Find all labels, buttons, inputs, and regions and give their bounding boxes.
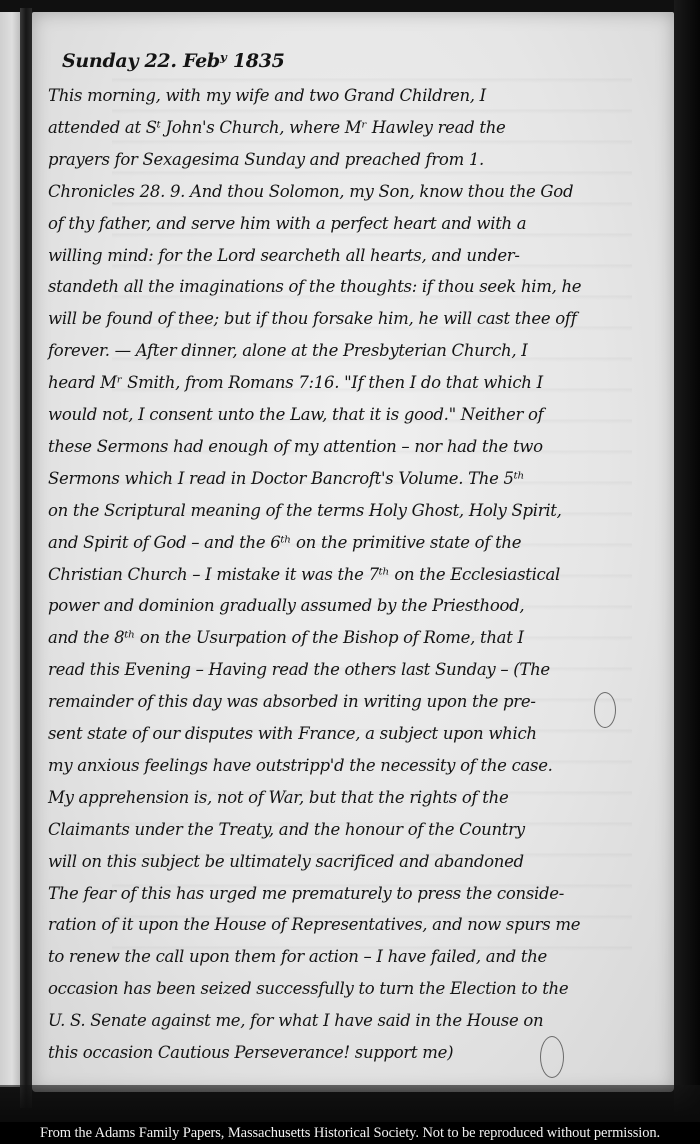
manuscript-line: this occasion Cautious Perseverance! sup… — [48, 1043, 453, 1062]
copyright-caption: From the Adams Family Papers, Massachuse… — [0, 1122, 700, 1144]
manuscript-line: sent state of our disputes with France, … — [48, 724, 537, 743]
manuscript-line: would not, I consent unto the Law, that … — [48, 405, 544, 424]
manuscript-line: Chronicles 28. 9. And thou Solomon, my S… — [48, 182, 573, 201]
manuscript-line: my anxious feelings have outstripp'd the… — [48, 756, 553, 775]
manuscript-line: will be found of thee; but if thou forsa… — [48, 309, 577, 328]
manuscript-line: these Sermons had enough of my attention… — [48, 437, 543, 456]
page-bottom-shadow — [0, 1085, 700, 1122]
manuscript-line: and the 8ᵗʰ on the Usurpation of the Bis… — [48, 628, 524, 647]
manuscript-line: My apprehension is, not of War, but that… — [48, 788, 508, 807]
page-right-edge-shadow — [674, 0, 700, 1122]
manuscript-line: on the Scriptural meaning of the terms H… — [48, 501, 562, 520]
manuscript-line: Claimants under the Treaty, and the hono… — [48, 820, 525, 839]
manuscript-line: of thy father, and serve him with a perf… — [48, 214, 526, 233]
manuscript-line: power and dominion gradually assumed by … — [48, 596, 524, 615]
manuscript-line: to renew the call upon them for action –… — [48, 947, 547, 966]
manuscript-line: Sermons which I read in Doctor Bancroft'… — [48, 469, 524, 488]
manuscript-line: Christian Church – I mistake it was the … — [48, 565, 560, 584]
manuscript-line: forever. — After dinner, alone at the Pr… — [48, 341, 527, 360]
entry-heading: Sunday 22. Febʸ 1835 — [62, 50, 285, 72]
adjacent-page-edge — [0, 12, 20, 1087]
manuscript-line: This morning, with my wife and two Grand… — [48, 86, 486, 105]
manuscript-scan: Sunday 22. Febʸ 1835 This morning, with … — [0, 0, 700, 1122]
manuscript-line: ration of it upon the House of Represent… — [48, 915, 580, 934]
manuscript-line: and Spirit of God – and the 6ᵗʰ on the p… — [48, 533, 521, 552]
manuscript-line: prayers for Sexagesima Sunday and preach… — [48, 150, 484, 169]
manuscript-line: U. S. Senate against me, for what I have… — [48, 1011, 543, 1030]
manuscript-line: standeth all the imaginations of the tho… — [48, 277, 581, 296]
manuscript-line: attended at Sᵗ John's Church, where Mʳ H… — [48, 118, 505, 137]
manuscript-line: heard Mʳ Smith, from Romans 7:16. "If th… — [48, 373, 543, 392]
manuscript-line: will on this subject be ultimately sacri… — [48, 852, 524, 871]
manuscript-line: remainder of this day was absorbed in wr… — [48, 692, 536, 711]
manuscript-line: willing mind: for the Lord searcheth all… — [48, 246, 520, 265]
book-gutter — [20, 8, 32, 1108]
manuscript-line: The fear of this has urged me prematurel… — [48, 884, 564, 903]
manuscript-line: occasion has been seized successfully to… — [48, 979, 568, 998]
manuscript-line: read this Evening – Having read the othe… — [48, 660, 550, 679]
